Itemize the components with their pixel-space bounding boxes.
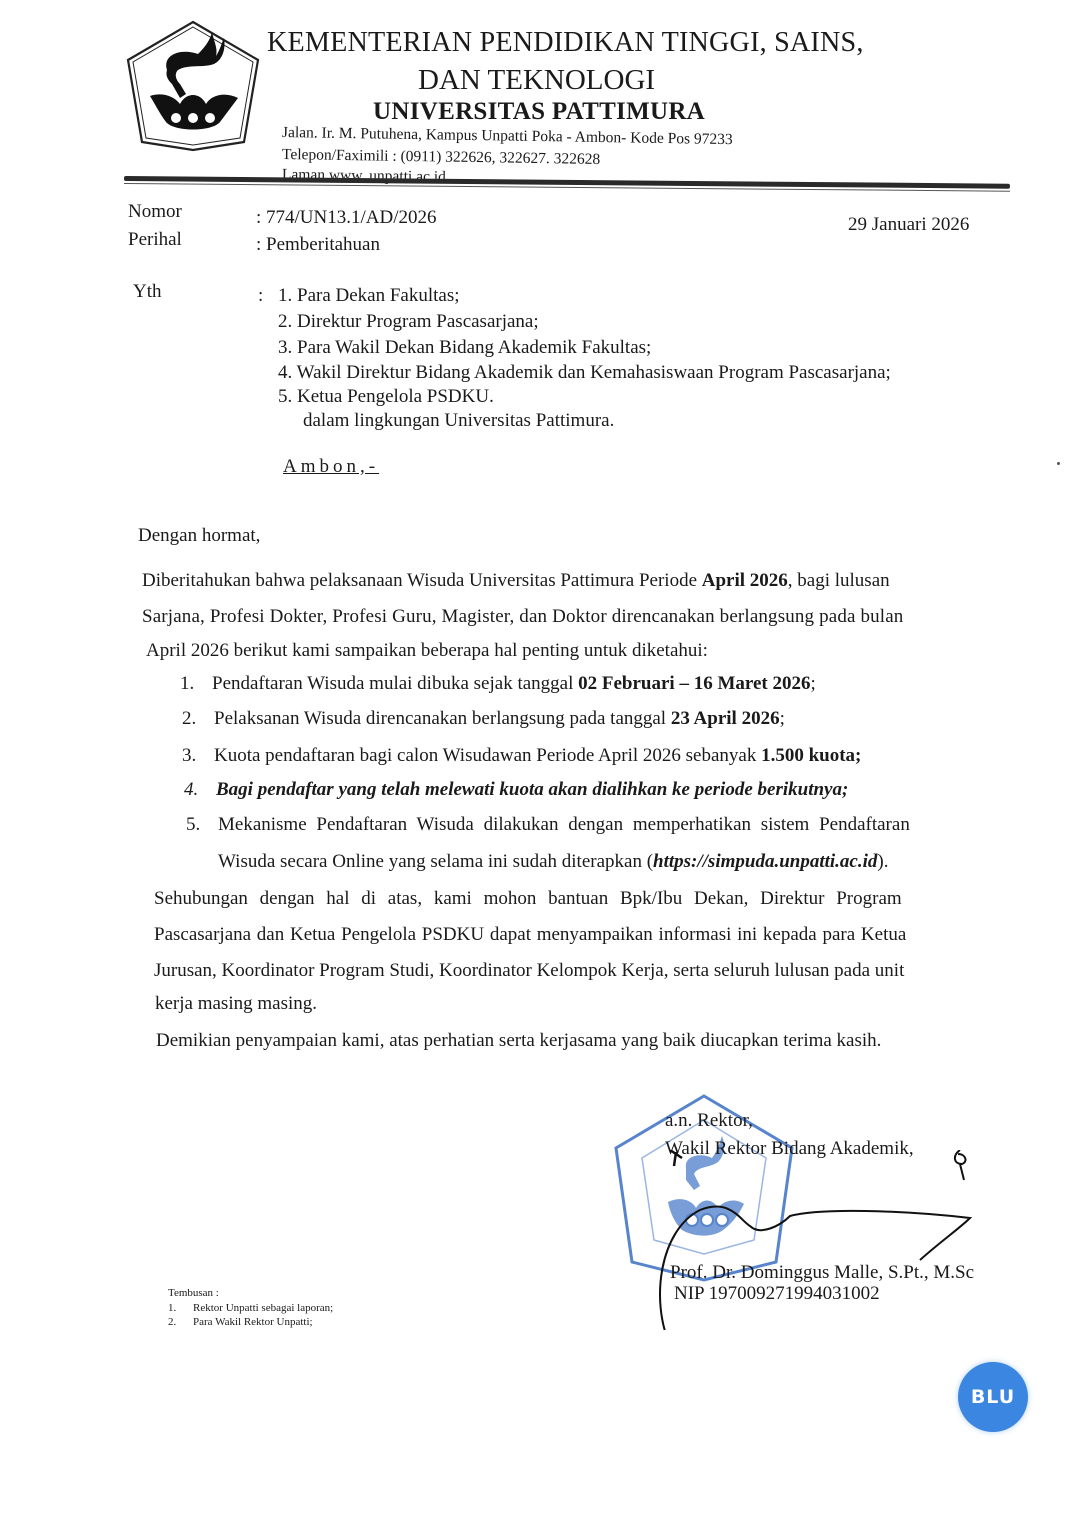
point-number: 2. bbox=[182, 708, 214, 730]
copy-number: 1. bbox=[168, 1302, 193, 1314]
point-bold: 1.500 kuota; bbox=[761, 745, 861, 766]
letter-date: 29 Januari 2026 bbox=[848, 214, 969, 236]
point-5: 5.Mekanisme Pendaftaran Wisuda dilakukan… bbox=[186, 814, 910, 836]
point-bold: 23 April 2026 bbox=[671, 708, 780, 729]
point-number: 3. bbox=[182, 745, 214, 767]
point-number: 1. bbox=[180, 673, 212, 695]
copy-item: 2.Para Wakil Rektor Unpatti; bbox=[168, 1316, 313, 1328]
scan-speck bbox=[1057, 462, 1060, 465]
place: Ambon,- bbox=[283, 456, 379, 478]
copies-label: Tembusan : bbox=[168, 1287, 219, 1299]
handwritten-signature-icon bbox=[640, 1150, 980, 1330]
recipient-item: 3. Para Wakil Dekan Bidang Akademik Faku… bbox=[278, 337, 651, 359]
recipient-scope: dalam lingkungan Universitas Pattimura. bbox=[303, 410, 614, 432]
point-end: ). bbox=[877, 851, 888, 872]
phone: Telepon/Faximili : (0911) 322626, 322627… bbox=[282, 146, 600, 169]
point-5-continued: Wisuda secara Online yang selama ini sud… bbox=[218, 851, 888, 873]
recipient-item: 4. Wakil Direktur Bidang Akademik dan Ke… bbox=[278, 362, 891, 384]
recipient-item: 2. Direktur Program Pascasarjana; bbox=[278, 311, 539, 333]
university-name: UNIVERSITAS PATTIMURA bbox=[373, 98, 705, 126]
perihal-value: : Pemberitahuan bbox=[256, 234, 380, 256]
nomor-label: Nomor bbox=[128, 201, 182, 223]
point-text: Pendaftaran Wisuda mulai dibuka sejak ta… bbox=[212, 673, 578, 694]
perihal-label: Perihal bbox=[128, 229, 182, 251]
copy-item: 1.Rektor Unpatti sebagai laporan; bbox=[168, 1302, 333, 1314]
point-2: 2.Pelaksanan Wisuda direncanakan berlang… bbox=[182, 708, 785, 730]
intro-line-1: Diberitahukan bahwa pelaksanaan Wisuda U… bbox=[142, 570, 890, 592]
recipient-item: 1. Para Dekan Fakultas; bbox=[278, 285, 460, 307]
point-bold-italic: Bagi pendaftar yang telah melewati kuota… bbox=[216, 779, 848, 800]
point-text: Kuota pendaftaran bagi calon Wisudawan P… bbox=[214, 745, 761, 766]
point-bold: 02 Februari – 16 Maret 2026 bbox=[578, 673, 810, 694]
thanks-line: Demikian penyampaian kami, atas perhatia… bbox=[156, 1030, 881, 1052]
ministry-name-line2: DAN TEKNOLOGI bbox=[418, 64, 655, 97]
point-text: Mekanisme Pendaftaran Wisuda dilakukan d… bbox=[218, 814, 910, 835]
point-number: 5. bbox=[186, 814, 218, 836]
point-3: 3.Kuota pendaftaran bagi calon Wisudawan… bbox=[182, 745, 861, 767]
intro-text: Diberitahukan bahwa pelaksanaan Wisuda U… bbox=[142, 570, 702, 591]
closing-line-4: kerja masing masing. bbox=[155, 993, 317, 1015]
address: Jalan. Ir. M. Putuhena, Kampus Unpatti P… bbox=[282, 124, 733, 149]
copy-text: Para Wakil Rektor Unpatti; bbox=[193, 1316, 313, 1328]
copy-text: Rektor Unpatti sebagai laporan; bbox=[193, 1302, 333, 1314]
closing-line-3: Jurusan, Koordinator Program Studi, Koor… bbox=[154, 960, 904, 982]
point-end: ; bbox=[780, 708, 785, 729]
ministry-name-line1: KEMENTERIAN PENDIDIKAN TINGGI, SAINS, bbox=[267, 26, 864, 59]
unpatti-logo-icon bbox=[122, 18, 264, 154]
on-behalf-of: a.n. Rektor, bbox=[665, 1110, 753, 1132]
point-4: 4.Bagi pendaftar yang telah melewati kuo… bbox=[184, 779, 848, 801]
nomor-value: : 774/UN13.1/AD/2026 bbox=[256, 207, 437, 229]
closing-line-1: Sehubungan dengan hal di atas, kami moho… bbox=[154, 888, 902, 910]
point-text: Wisuda secara Online yang selama ini sud… bbox=[218, 851, 653, 872]
point-number: 4. bbox=[184, 779, 216, 801]
intro-line-2: Sarjana, Profesi Dokter, Profesi Guru, M… bbox=[142, 606, 903, 628]
intro-line-3: April 2026 berikut kami sampaikan bebera… bbox=[146, 640, 708, 662]
point-1: 1.Pendaftaran Wisuda mulai dibuka sejak … bbox=[180, 673, 816, 695]
recipient-colon: : bbox=[258, 285, 263, 307]
point-end: ; bbox=[810, 673, 815, 694]
recipient-item: 5. Ketua Pengelola PSDKU. bbox=[278, 386, 494, 408]
point-text: Pelaksanan Wisuda direncanakan berlangsu… bbox=[214, 708, 671, 729]
blu-badge: BLU bbox=[958, 1362, 1028, 1432]
intro-text-end: , bagi lulusan bbox=[788, 570, 890, 591]
recipient-label: Yth bbox=[133, 281, 162, 303]
closing-line-2: Pascasarjana dan Ketua Pengelola PSDKU d… bbox=[154, 924, 906, 946]
greeting: Dengan hormat, bbox=[138, 525, 260, 547]
copy-number: 2. bbox=[168, 1316, 193, 1328]
simpuda-link[interactable]: https://simpuda.unpatti.ac.id bbox=[653, 851, 877, 872]
period-bold: April 2026 bbox=[702, 570, 788, 591]
